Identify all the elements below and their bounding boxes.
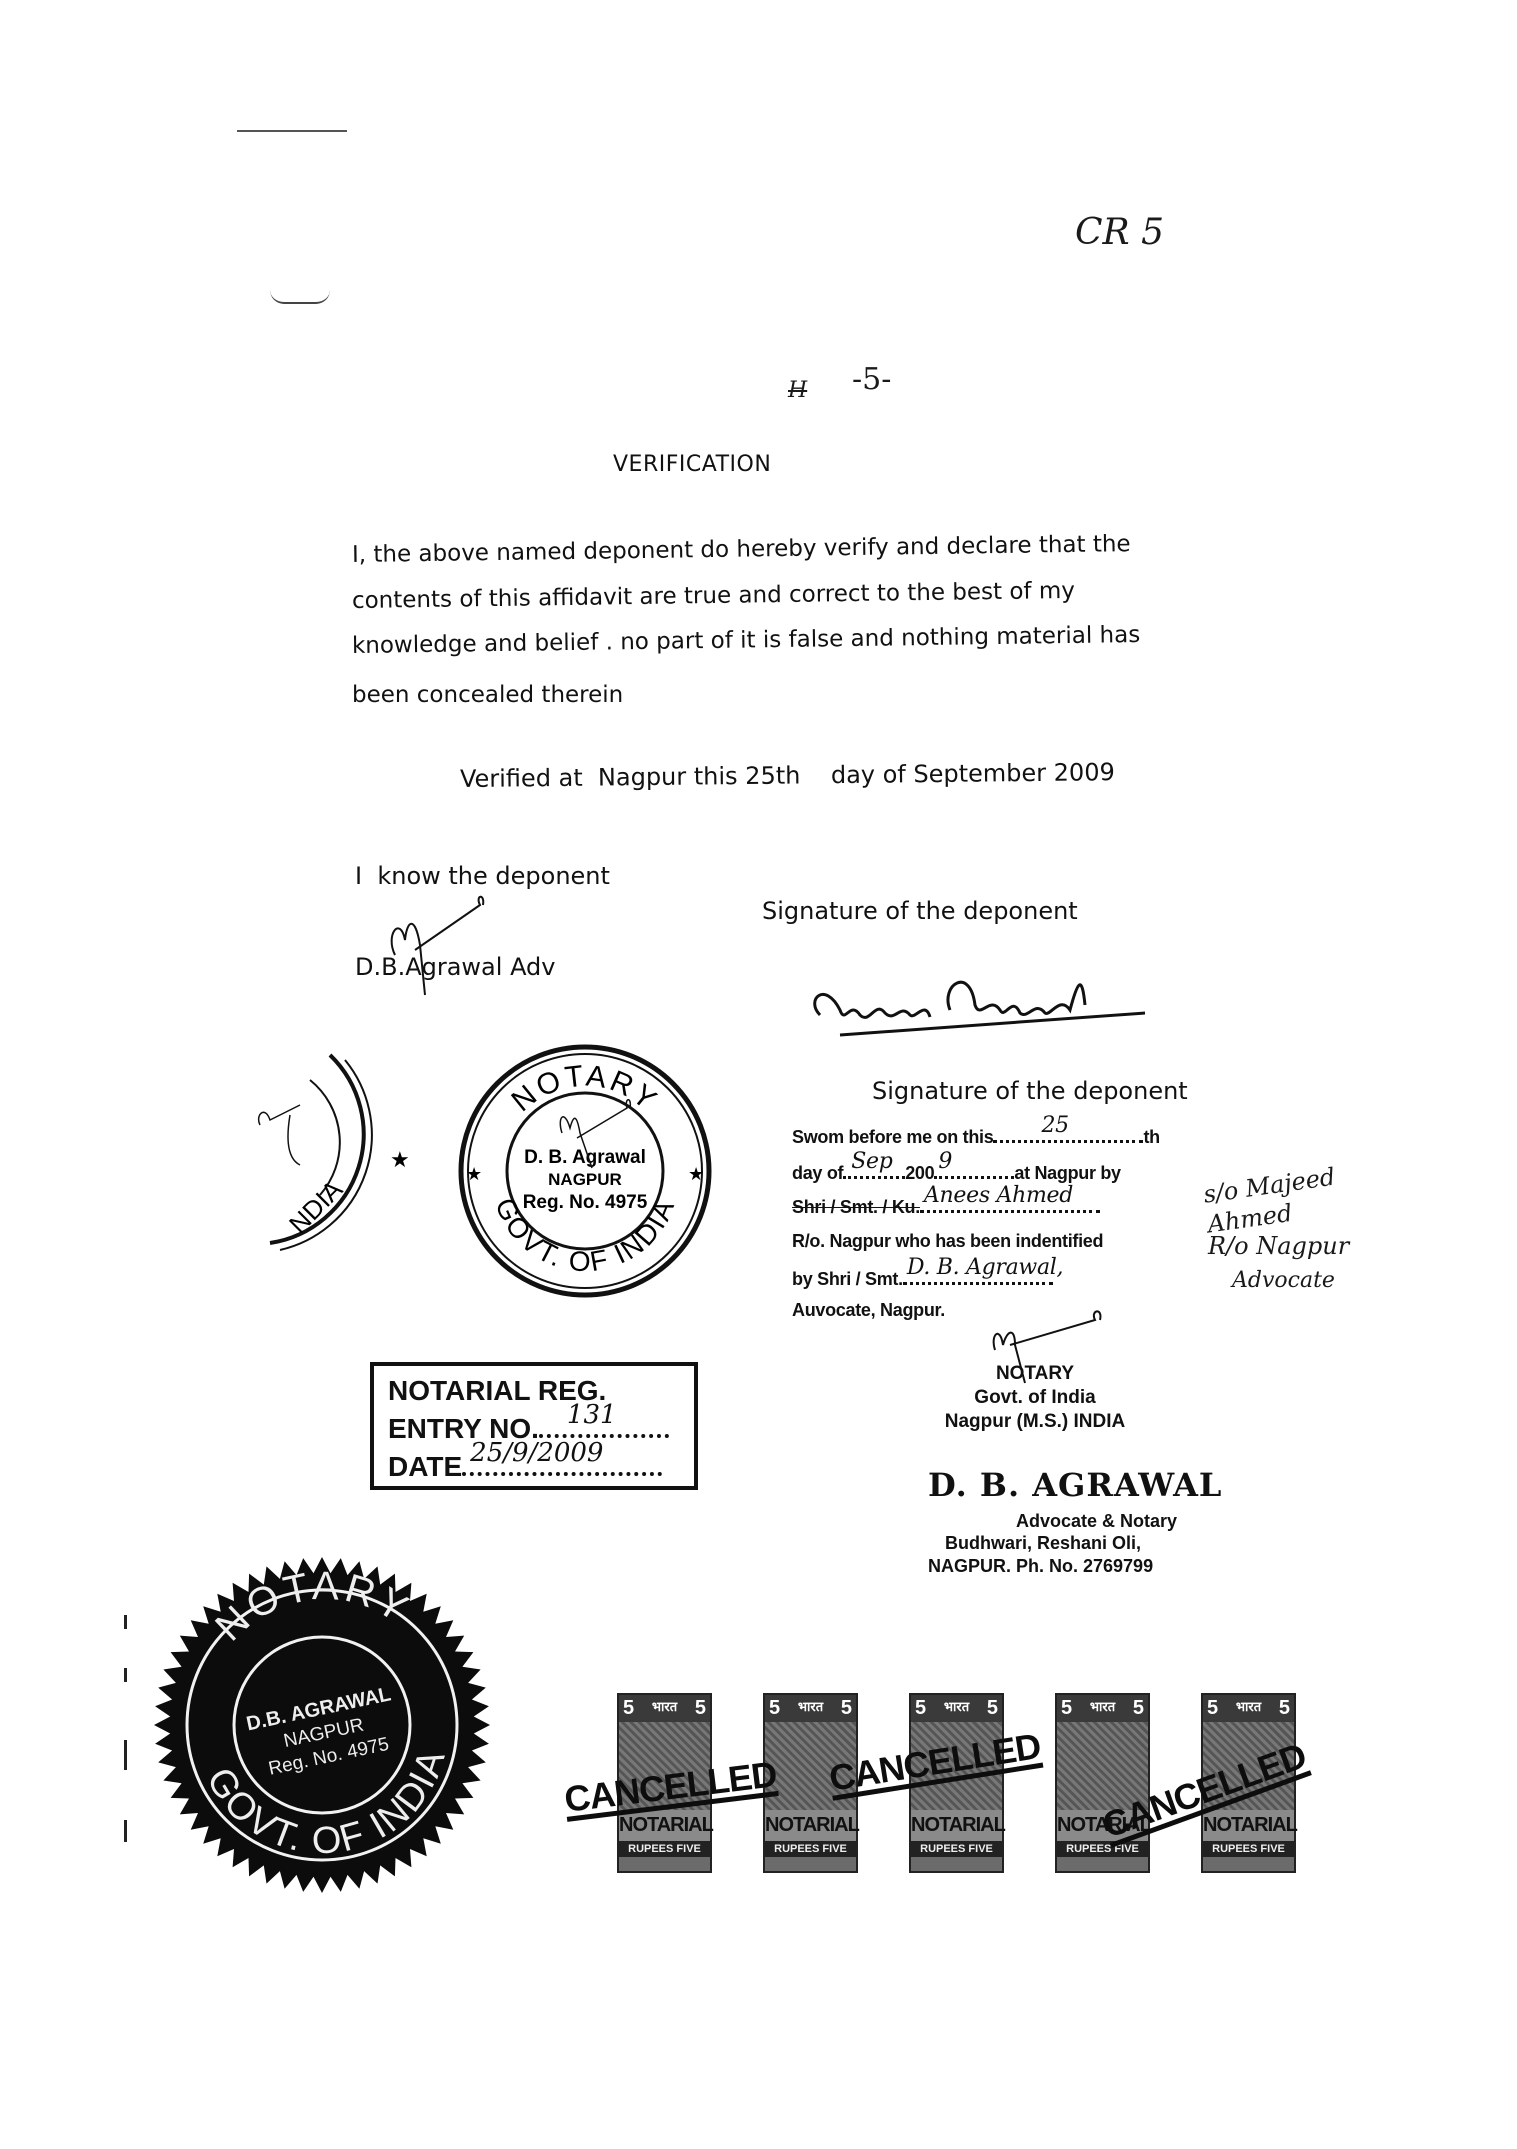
stamp-header: 5भारत5 <box>1203 1695 1294 1722</box>
star-icon: ★ <box>688 1164 704 1185</box>
sworn-line-3: Shri / Smt. / Ku.Anees Ahmed <box>792 1194 1100 1218</box>
notary-round-seal: NOTARY GOVT. OF INDIA ★ ★ D. B. Agrawal … <box>452 1038 718 1304</box>
page-number: -5- <box>852 362 891 397</box>
sworn-month: Sep <box>851 1149 892 1174</box>
deponent-name: Anees Ahmed <box>924 1183 1073 1208</box>
stamp-type: NOTARIAL <box>619 1810 710 1841</box>
signature-label: Signature of the deponent <box>762 897 1078 925</box>
sworn-line-5: by Shri / Smt.D. B. Agrawal, <box>792 1266 1053 1290</box>
margin-mark <box>124 1740 127 1770</box>
identifier-fill: D. B. Agrawal, <box>907 1255 1063 1280</box>
stamp-header: 5भारत5 <box>619 1695 710 1722</box>
stamp-type: NOTARIAL <box>765 1810 856 1841</box>
deponent-residence: R/o Nagpur <box>1208 1232 1349 1260</box>
margin-mark <box>124 1615 127 1629</box>
sworn-day: 25 <box>1041 1113 1068 1138</box>
verified-line: Verified at Nagpur this 25th day of Sept… <box>460 758 1115 793</box>
svg-text:Reg. No. 4975: Reg. No. 4975 <box>523 1192 648 1213</box>
page-mark: H <box>788 378 807 403</box>
body-line: I, the above named deponent do hereby ve… <box>352 531 1131 568</box>
notary-block: NOTARY Govt. of India Nagpur (M.S.) INDI… <box>915 1362 1155 1434</box>
sworn-line-1: Swom before me on this25th <box>792 1124 1160 1148</box>
stamp-denomination: RUPEES FIVE <box>911 1841 1002 1857</box>
scan-mark <box>270 290 330 304</box>
letterhead-role: Advocate & Notary <box>1016 1510 1177 1532</box>
stamp-header: 5भारत5 <box>765 1695 856 1722</box>
register-date: DATE25/9/2009 <box>388 1448 680 1486</box>
scan-line <box>237 130 347 132</box>
letterhead-address: Budhwari, Reshani Oli, <box>945 1532 1141 1554</box>
stamp-denomination: RUPEES FIVE <box>1203 1841 1294 1857</box>
entry-number: 131 <box>567 1396 617 1434</box>
sworn-line-4: R/o. Nagpur who has been indentified <box>792 1231 1103 1252</box>
margin-mark <box>124 1820 127 1842</box>
signature-label: Signature of the deponent <box>872 1077 1188 1105</box>
body-line: knowledge and belief . no part of it is … <box>352 622 1141 659</box>
know-deponent-label: I know the deponent <box>355 862 610 890</box>
notary-govt: Govt. of India <box>915 1386 1155 1410</box>
letterhead-phone: NAGPUR. Ph. No. 2769799 <box>928 1555 1153 1577</box>
svg-text:NAGPUR: NAGPUR <box>548 1170 622 1189</box>
deponent-signature <box>800 965 1160 1055</box>
register-date-value: 25/9/2009 <box>470 1434 603 1472</box>
letterhead-name: D. B. AGRAWAL <box>928 1466 1222 1504</box>
notarial-register-box: NOTARIAL REG. ENTRY NO.131 DATE25/9/2009 <box>370 1362 698 1490</box>
deponent-parentage: s/o Majeed Ahmed <box>1202 1161 1349 1240</box>
star-icon: ★ <box>466 1164 482 1185</box>
notary-location: Nagpur (M.S.) INDIA <box>915 1410 1155 1434</box>
stamp-header: 5भारत5 <box>911 1695 1002 1722</box>
stamp-denomination: RUPEES FIVE <box>1057 1841 1148 1857</box>
sworn-year: 9 <box>938 1149 952 1174</box>
identifier-role: Advocate <box>1232 1268 1335 1293</box>
stamp-denomination: RUPEES FIVE <box>765 1841 856 1857</box>
body-line: been concealed therein <box>352 682 623 708</box>
notary-title: NOTARY <box>915 1362 1155 1386</box>
sworn-line-6: Auvocate, Nagpur. <box>792 1300 945 1321</box>
star-icon: ★ <box>390 1148 410 1173</box>
stamp-type: NOTARIAL <box>1203 1810 1294 1841</box>
margin-mark <box>124 1668 127 1682</box>
stamp-denomination: RUPEES FIVE <box>619 1841 710 1857</box>
body-line: contents of this affidavit are true and … <box>352 578 1075 614</box>
identifier-signature <box>375 895 495 1005</box>
partial-notary-seal: ★ NDIA <box>240 1045 420 1255</box>
sworn-line-2: day ofSep2009at Nagpur by <box>792 1160 1121 1184</box>
svg-text:D. B. Agrawal: D. B. Agrawal <box>524 1147 646 1168</box>
embossed-notary-seal: NOTARY GOVT. OF INDIA D.B. AGRAWAL NAGPU… <box>152 1555 492 1895</box>
register-title: NOTARIAL REG. <box>388 1372 680 1410</box>
page-title: VERIFICATION <box>613 452 771 477</box>
stamp-header: 5भारत5 <box>1057 1695 1148 1722</box>
revenue-stamp: 5भारत5NOTARIALRUPEES FIVE <box>1055 1693 1150 1873</box>
annotation-top-right: CR 5 <box>1075 212 1164 253</box>
stamp-type: NOTARIAL <box>911 1810 1002 1841</box>
